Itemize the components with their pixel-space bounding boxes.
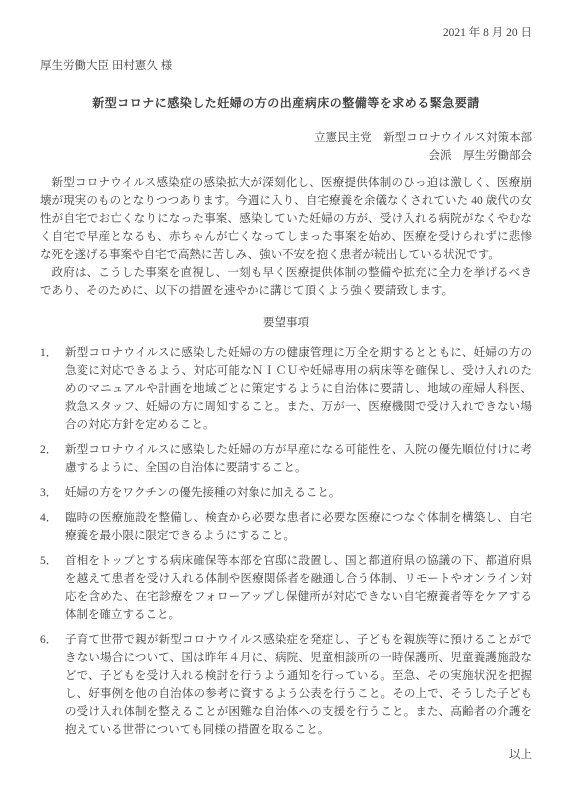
item-text: 首相をトップとする病床確保等本部を官邸に設置し、国と都道府県の協議の下、都道府県… <box>65 552 532 624</box>
sender-block: 立憲民主党 新型コロナウイルス対策本部 会派 厚生労働部会 <box>40 129 532 165</box>
item-text: 新型コロナウイルスに感染した妊婦の方の健康管理に万全を期するとともに、妊婦の方の… <box>65 344 532 434</box>
recipient-line: 厚生労働大臣 田村憲久 様 <box>40 57 532 75</box>
item-number: 5． <box>40 552 65 624</box>
item-number: 6． <box>40 631 65 739</box>
item-number: 1． <box>40 344 65 434</box>
request-item: 1． 新型コロナウイルスに感染した妊婦の方の健康管理に万全を期するとともに、妊婦… <box>40 344 532 434</box>
request-item: 3． 妊婦の方をワクチンの優先接種の対象に加えること。 <box>40 484 532 502</box>
document-title: 新型コロナに感染した妊婦の方の出産病床の整備等を求める緊急要請 <box>40 94 532 112</box>
sender-organization: 立憲民主党 新型コロナウイルス対策本部 <box>40 129 532 147</box>
item-text: 臨時の医療施設を整備し、検査から必要な患者に必要な医療につなぐ体制を構築し、自宅… <box>65 509 532 545</box>
request-item: 5． 首相をトップとする病床確保等本部を官邸に設置し、国と都道府県の協議の下、都… <box>40 552 532 624</box>
item-number: 3． <box>40 484 65 502</box>
introduction-section: 新型コロナウイルス感染症の感染拡大が深刻化し、医療提供体制のひっ迫は激しく、医療… <box>40 174 532 300</box>
section-heading: 要望事項 <box>40 314 532 332</box>
item-number: 4． <box>40 509 65 545</box>
document-date: 2021 年 8 月 20 日 <box>40 24 532 42</box>
sender-group: 会派 厚生労働部会 <box>40 147 532 165</box>
document-page: 2021 年 8 月 20 日 厚生労働大臣 田村憲久 様 新型コロナに感染した… <box>0 0 571 800</box>
intro-paragraph-1: 新型コロナウイルス感染症の感染拡大が深刻化し、医療提供体制のひっ迫は激しく、医療… <box>40 174 532 264</box>
closing-word: 以上 <box>40 746 532 764</box>
item-text: 新型コロナウイルスに感染した妊婦の方が早産になる可能性を、入院の優先順位付けに考… <box>65 441 532 477</box>
item-text: 子育て世帯で親が新型コロナウイルス感染症を発症し、子どもを親族等に預けることがで… <box>65 631 532 739</box>
item-text: 妊婦の方をワクチンの優先接種の対象に加えること。 <box>65 484 532 502</box>
request-item: 4． 臨時の医療施設を整備し、検査から必要な患者に必要な医療につなぐ体制を構築し… <box>40 509 532 545</box>
item-number: 2． <box>40 441 65 477</box>
request-item: 6． 子育て世帯で親が新型コロナウイルス感染症を発症し、子どもを親族等に預けるこ… <box>40 631 532 739</box>
request-item: 2． 新型コロナウイルスに感染した妊婦の方が早産になる可能性を、入院の優先順位付… <box>40 441 532 477</box>
intro-paragraph-2: 政府は、こうした事案を直視し、一刻も早く医療提供体制の整備や拡充に全力を挙げるべ… <box>40 264 532 300</box>
request-items-list: 1． 新型コロナウイルスに感染した妊婦の方の健康管理に万全を期するとともに、妊婦… <box>40 344 532 739</box>
